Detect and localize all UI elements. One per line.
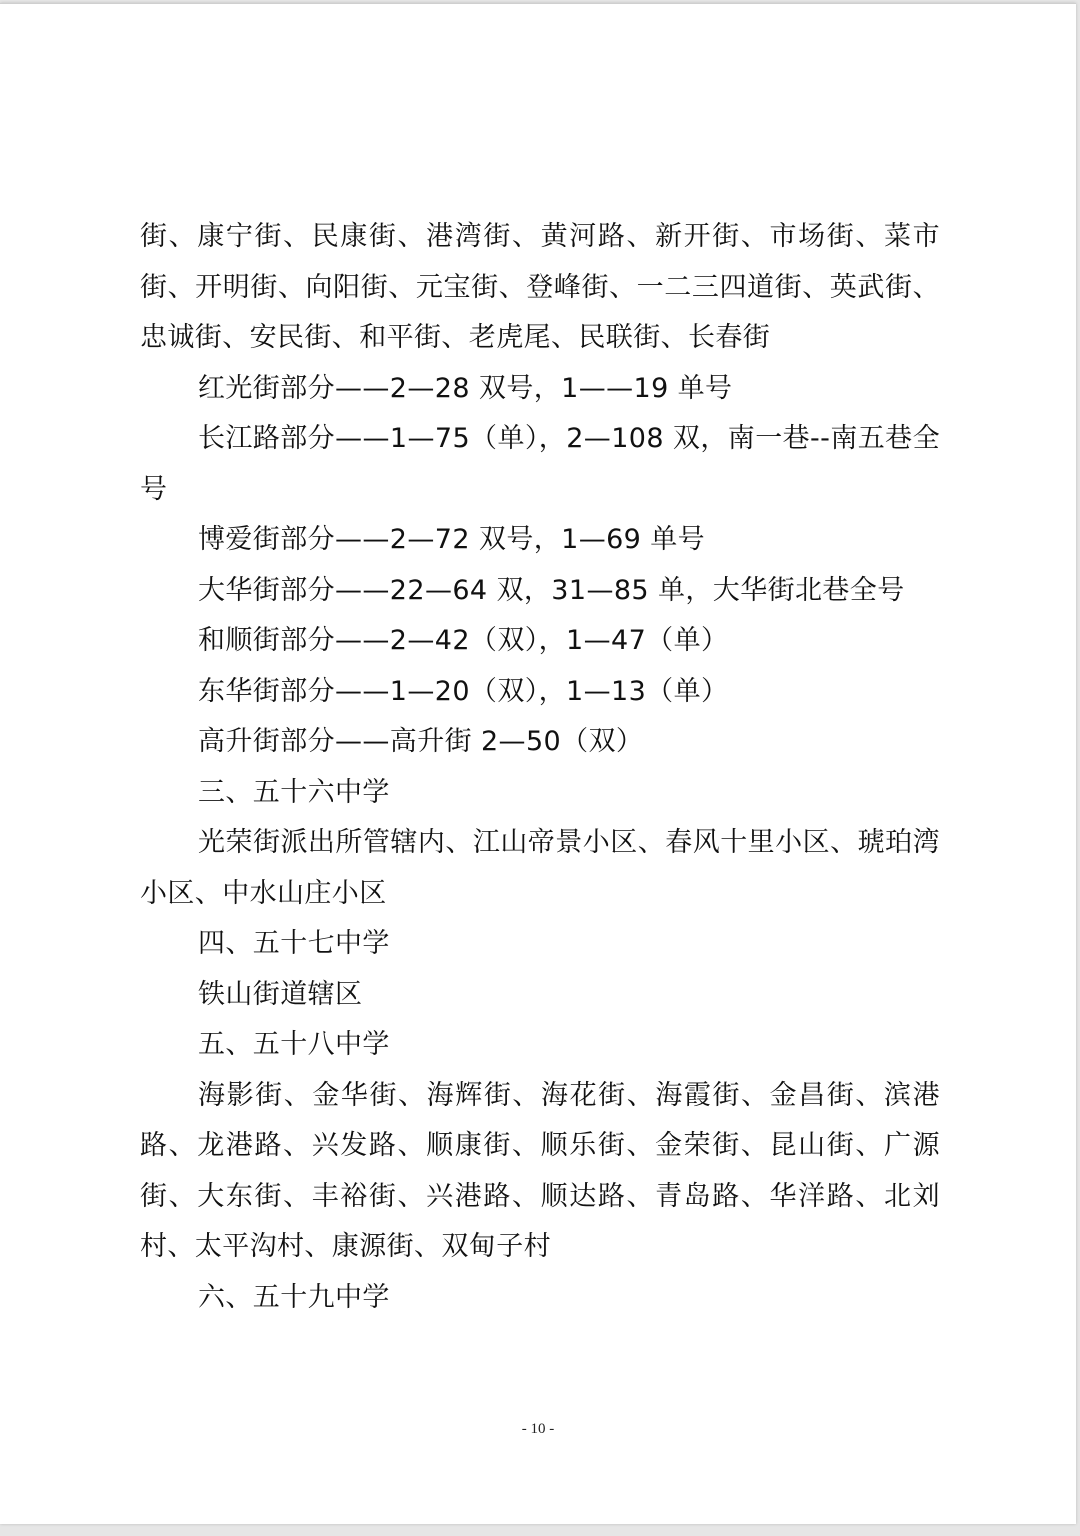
paragraph-boai-street: 博爱街部分——2—72 双号，1—69 单号: [140, 515, 940, 566]
paragraph-gaosheng-street: 高升街部分——高升街 2—50（双）: [140, 717, 940, 768]
paragraph-school-56-area: 光荣街派出所管辖内、江山帝景小区、春风十里小区、琥珀湾小区、中水山庄小区: [140, 818, 940, 919]
section-heading-school-56: 三、五十六中学: [140, 768, 940, 819]
paragraph-street-list-continued: 街、康宁街、民康街、港湾街、黄河路、新开街、市场街、菜市街、开明街、向阳街、元宝…: [140, 212, 940, 364]
document-page: 街、康宁街、民康街、港湾街、黄河路、新开街、市场街、菜市街、开明街、向阳街、元宝…: [0, 3, 1076, 1524]
paragraph-donghua-street: 东华街部分——1—20（双），1—13（单）: [140, 667, 940, 718]
section-heading-school-59: 六、五十九中学: [140, 1273, 940, 1324]
paragraph-school-57-area: 铁山街道辖区: [140, 970, 940, 1021]
paragraph-heshun-street: 和顺街部分——2—42（双），1—47（单）: [140, 616, 940, 667]
section-heading-school-57: 四、五十七中学: [140, 919, 940, 970]
paragraph-hongguang-street: 红光街部分——2—28 双号，1——19 单号: [140, 364, 940, 415]
paragraph-changjiang-road: 长江路部分——1—75（单），2—108 双，南一巷--南五巷全号: [140, 414, 940, 515]
paragraph-dahua-street: 大华街部分——22—64 双，31—85 单，大华街北巷全号: [140, 566, 940, 617]
section-heading-school-58: 五、五十八中学: [140, 1020, 940, 1071]
paragraph-school-58-area: 海影街、金华街、海辉街、海花街、海霞街、金昌街、滨港路、龙港路、兴发路、顺康街、…: [140, 1071, 940, 1273]
page-number: - 10 -: [0, 1421, 1076, 1438]
page-body: 街、康宁街、民康街、港湾街、黄河路、新开街、市场街、菜市街、开明街、向阳街、元宝…: [140, 212, 940, 1323]
